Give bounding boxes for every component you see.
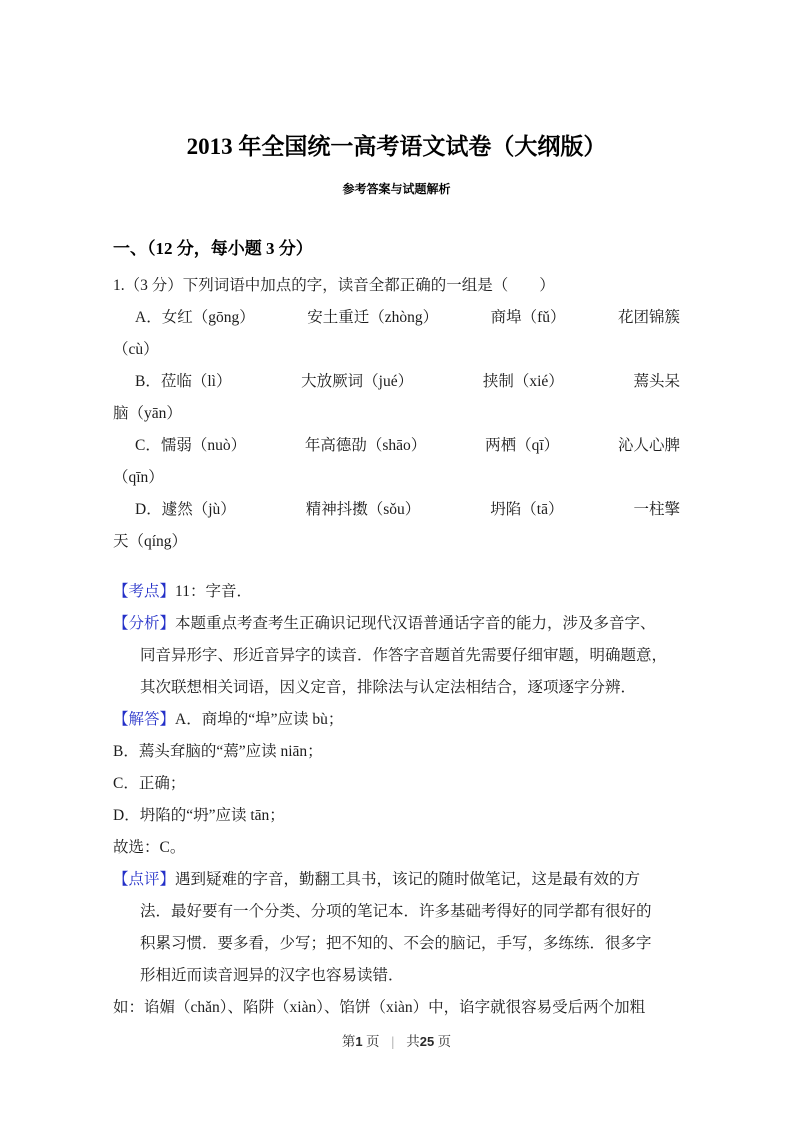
option-item: 坍陷（tā） xyxy=(490,494,563,526)
option-item: 挟制（xié） xyxy=(483,366,564,398)
option-item: 一柱擎 xyxy=(633,494,680,526)
option-item: 沁人心脾 xyxy=(618,430,680,462)
option-b-line2: 脑（yān） xyxy=(113,398,680,430)
solution-line: B．蔫头耷脑的“蔫”应读 niān； xyxy=(113,736,680,768)
page-content: 2013 年全国统一高考语文试卷（大纲版） 参考答案与试题解析 一、（12 分，… xyxy=(0,0,793,1024)
option-item: 商埠（fǔ） xyxy=(491,302,566,334)
analysis-label: 【分析】 xyxy=(113,615,175,632)
analysis-line: 【分析】本题重点考查考生正确识记现代汉语普通话字音的能力，涉及多音字、 xyxy=(113,608,680,640)
option-item: 安土重迁（zhòng） xyxy=(307,302,438,334)
comment-section: 【点评】遇到疑难的字音，勤翻工具书，该记的随时做笔记，这是最有效的方 法．最好要… xyxy=(113,864,680,1024)
option-a-line1: A．女红（gōng） 安土重迁（zhòng） 商埠（fǔ） 花团锦簇 xyxy=(113,302,680,334)
comment-label: 【点评】 xyxy=(113,871,175,888)
section-heading: 一、（12 分，每小题 3 分） xyxy=(113,236,680,262)
option-item: 精神抖擞（sǒu） xyxy=(306,494,421,526)
solution-line: C．正确； xyxy=(113,768,680,800)
knowledge-point-label: 【考点】 xyxy=(113,583,175,600)
option-b-line1: B．莅临（lì） 大放厥词（jué） 挟制（xié） 蔫头呆 xyxy=(113,366,680,398)
option-c-line2: （qīn） xyxy=(113,462,680,494)
comment-example-line: 如：谄媚（chǎn）、陷阱（xiàn）、馅饼（xiàn）中，谄字就很容易受后两个… xyxy=(113,992,680,1024)
option-item: 年高德劭（shāo） xyxy=(305,430,426,462)
document-subtitle: 参考答案与试题解析 xyxy=(113,180,680,198)
footer-current-prefix: 第 xyxy=(342,1034,356,1049)
option-d-line2: 天（qíng） xyxy=(113,526,680,558)
option-c-line1: C．懦弱（nuò） 年高德劭（shāo） 两栖（qī） 沁人心脾 xyxy=(113,430,680,462)
answer-block: 【考点】11：字音． 【分析】本题重点考查考生正确识记现代汉语普通话字音的能力，… xyxy=(113,576,680,1024)
footer-current-page-number: 1 xyxy=(355,1034,362,1049)
solution-conclusion: 故选：C。 xyxy=(113,832,680,864)
option-item: 花团锦簇 xyxy=(618,302,680,334)
footer-total-page-number: 25 xyxy=(420,1034,434,1049)
option-item: C．懦弱（nuò） xyxy=(135,430,246,462)
document-page: 2013 年全国统一高考语文试卷（大纲版） 参考答案与试题解析 一、（12 分，… xyxy=(0,0,793,1122)
solution-label: 【解答】 xyxy=(113,711,175,728)
footer-separator: | xyxy=(380,1034,407,1049)
option-item: A．女红（gōng） xyxy=(135,302,255,334)
knowledge-point-text: 11：字音． xyxy=(175,583,252,600)
knowledge-point-line: 【考点】11：字音． xyxy=(113,576,680,608)
solution-line: D．坍陷的“坍”应读 tān； xyxy=(113,800,680,832)
document-title: 2013 年全国统一高考语文试卷（大纲版） xyxy=(113,130,680,164)
option-item: B．莅临（lì） xyxy=(135,366,231,398)
option-item: 大放厥词（jué） xyxy=(301,366,413,398)
comment-line: 积累习惯．要多看，少写；把不知的、不会的脑记，手写，多练练．很多字 xyxy=(113,928,680,960)
question-stem: 1.（3 分）下列词语中加点的字，读音全都正确的一组是（ ） xyxy=(113,270,680,302)
analysis-text: 本题重点考查考生正确识记现代汉语普通话字音的能力，涉及多音字、 xyxy=(175,615,656,632)
footer-total-unit: 页 xyxy=(438,1034,452,1049)
solution-section: 【解答】A．商埠的“埠”应读 bù； B．蔫头耷脑的“蔫”应读 niān； C．… xyxy=(113,704,680,864)
analysis-section: 【分析】本题重点考查考生正确识记现代汉语普通话字音的能力，涉及多音字、 同音异形… xyxy=(113,608,680,704)
comment-line: 形相近而读音迥异的汉字也容易读错． xyxy=(113,960,680,992)
option-d-line1: D．遽然（jù） 精神抖擞（sǒu） 坍陷（tā） 一柱擎 xyxy=(113,494,680,526)
option-a-line2: （cù） xyxy=(113,334,680,366)
comment-line: 法．最好要有一个分类、分项的笔记本．许多基础考得好的同学都有很好的 xyxy=(113,896,680,928)
option-item: D．遽然（jù） xyxy=(135,494,236,526)
footer-total-prefix: 共 xyxy=(406,1034,420,1049)
solution-text: A．商埠的“埠”应读 bù； xyxy=(175,711,343,728)
options-block: A．女红（gōng） 安土重迁（zhòng） 商埠（fǔ） 花团锦簇 （cù） … xyxy=(113,302,680,558)
analysis-line: 同音异形字、形近音异字的读音．作答字音题首先需要仔细审题，明确题意， xyxy=(113,640,680,672)
analysis-line: 其次联想相关词语，因义定音，排除法与认定法相结合，逐项逐字分辨． xyxy=(113,672,680,704)
footer-current-unit: 页 xyxy=(366,1034,380,1049)
comment-line: 【点评】遇到疑难的字音，勤翻工具书，该记的随时做笔记，这是最有效的方 xyxy=(113,864,680,896)
solution-line: 【解答】A．商埠的“埠”应读 bù； xyxy=(113,704,680,736)
comment-text: 遇到疑难的字音，勤翻工具书，该记的随时做笔记，这是最有效的方 xyxy=(175,871,640,888)
option-item: 两栖（qī） xyxy=(485,430,559,462)
option-item: 蔫头呆 xyxy=(633,366,680,398)
page-footer: 第1 页|共25 页 xyxy=(0,1032,793,1052)
